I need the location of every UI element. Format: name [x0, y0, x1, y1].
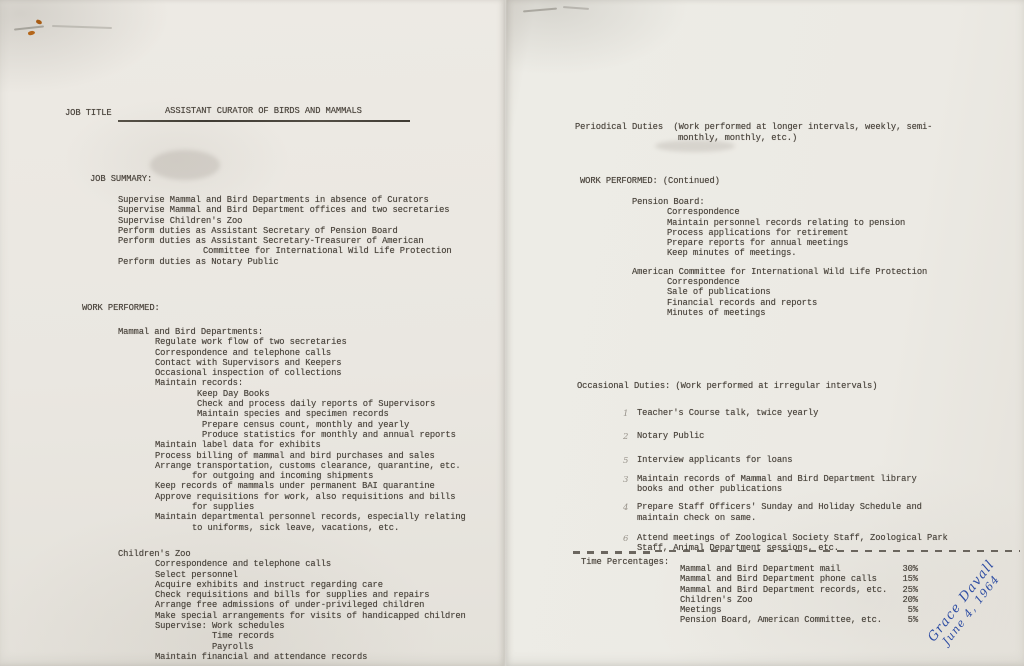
- line-text: Occasional inspection of collections: [155, 368, 341, 378]
- pencil-number: 4: [623, 503, 628, 513]
- job-summary-line: Perform duties as Notary Public: [118, 257, 452, 267]
- periodic-duty-line: Financial records and reports: [632, 298, 927, 308]
- duty-label: Mammal and Bird Department phone calls: [680, 574, 877, 584]
- line-text: Correspondence: [667, 277, 740, 287]
- occasional-duties-heading: Occasional Duties: (Work performed at ir…: [577, 381, 877, 391]
- occasional-duty-line: 6Attend meetings of Zoological Society S…: [637, 533, 948, 543]
- line-text: Supervise: Work schedules: [155, 621, 284, 631]
- occasional-duty-line: 3Maintain records of Mammal and Bird Dep…: [637, 474, 948, 484]
- pencil-number: 6: [623, 534, 628, 544]
- duty-percentage: 15%: [902, 574, 918, 584]
- paper-smudge: [150, 150, 220, 180]
- work-performed-line: Check and process daily reports of Super…: [118, 399, 466, 409]
- occasional-duties-list: 1Teacher's Course talk, twice yearly2Not…: [637, 408, 948, 554]
- line-text: Interview applicants for loans: [637, 455, 792, 465]
- work-performed-line: Time records: [118, 631, 466, 641]
- line-text: Notary Public: [637, 431, 704, 441]
- periodic-duty-line: American Committee for International Wil…: [632, 267, 927, 277]
- periodic-duty-line: Process applications for retirement: [632, 228, 927, 238]
- work-performed-line: Maintain records:: [118, 378, 466, 388]
- line-text: Prepare reports for annual meetings: [667, 238, 848, 248]
- work-performed-line: Children's Zoo: [118, 549, 466, 559]
- time-percentage-row: Mammal and Bird Department records, etc.…: [680, 585, 918, 595]
- work-performed-line: Regulate work flow of two secretaries: [118, 337, 466, 347]
- line-text: Supervise Mammal and Bird Department off…: [118, 205, 449, 215]
- page-left: JOB TITLE ASSISTANT CURATOR OF BIRDS AND…: [0, 0, 505, 666]
- periodic-duty-line: Keep minutes of meetings.: [632, 248, 927, 258]
- periodic-duties-list: Pension Board:CorrespondenceMaintain per…: [632, 197, 927, 318]
- page-seam: [503, 0, 507, 666]
- job-title-label: JOB TITLE: [65, 108, 112, 118]
- pencil-number: 5: [623, 456, 628, 466]
- job-summary-line: Committee for International Wild Life Pr…: [118, 246, 452, 256]
- job-summary-line: Perform duties as Assistant Secretary-Tr…: [118, 236, 452, 246]
- work-performed-line: Check requisitions and bills for supplie…: [118, 590, 466, 600]
- duty-percentage: 5%: [908, 605, 918, 615]
- duty-label: Pension Board, American Committee, etc.: [680, 615, 882, 625]
- periodical-duties-heading-line2: monthly, monthly, etc.): [678, 133, 797, 143]
- work-performed-line: Process billing of mammal and bird purch…: [118, 451, 466, 461]
- periodic-duty-line: Sale of publications: [632, 287, 927, 297]
- line-text: Maintain departmental personnel records,…: [155, 512, 466, 522]
- work-performed-line: Maintain departmental personnel records,…: [118, 512, 466, 522]
- occasional-duty-line: 5Interview applicants for loans: [637, 455, 948, 465]
- line-text: Correspondence and telephone calls: [155, 559, 331, 569]
- work-performed-line: Produce statistics for monthly and annua…: [118, 430, 466, 440]
- line-text: American Committee for International Wil…: [632, 267, 927, 277]
- periodic-duty-line: Pension Board:: [632, 197, 927, 207]
- staple-mark: [52, 25, 112, 29]
- line-text: Pension Board:: [632, 197, 705, 207]
- line-text: Supervise Mammal and Bird Departments in…: [118, 195, 429, 205]
- line-text: Arrange free admissions of under-privile…: [155, 600, 424, 610]
- rust-stain: [28, 30, 36, 36]
- work-performed-line: for outgoing and incoming shipments: [118, 471, 466, 481]
- line-text: Process billing of mammal and bird purch…: [155, 451, 435, 461]
- work-performed-line: Payrolls: [118, 642, 466, 652]
- work-performed-line: Arrange transportation, customs clearanc…: [118, 461, 466, 471]
- page-right: Periodical Duties (Work performed at lon…: [505, 0, 1024, 666]
- job-summary-line: Supervise Mammal and Bird Departments in…: [118, 195, 452, 205]
- work-performed-line: Select personnel: [118, 570, 466, 580]
- work-performed-heading: WORK PERFORMED:: [82, 303, 160, 313]
- duty-label: Mammal and Bird Department records, etc.: [680, 585, 887, 595]
- work-performed-line: for supplies: [118, 502, 466, 512]
- duty-percentage: 20%: [902, 595, 918, 605]
- time-percentages-table: Mammal and Bird Department mail30%Mammal…: [680, 564, 918, 626]
- scanned-document: JOB TITLE ASSISTANT CURATOR OF BIRDS AND…: [0, 0, 1024, 666]
- line-text: Children's Zoo: [118, 549, 191, 559]
- line-text: Minutes of meetings: [667, 308, 765, 318]
- line-text: Maintain records of Mammal and Bird Depa…: [637, 474, 917, 484]
- job-title-value: ASSISTANT CURATOR OF BIRDS AND MAMMALS: [165, 106, 362, 116]
- duty-label: Mammal and Bird Department mail: [680, 564, 841, 574]
- line-text: Supervise Children's Zoo: [118, 216, 242, 226]
- pencil-number: 3: [623, 475, 628, 485]
- line-text: Committee for International Wild Life Pr…: [203, 246, 452, 256]
- duty-percentage: 25%: [902, 585, 918, 595]
- line-text: Perform duties as Assistant Secretary of…: [118, 226, 398, 236]
- work-performed-line: Acquire exhibits and instruct regarding …: [118, 580, 466, 590]
- line-text: Check and process daily reports of Super…: [197, 399, 435, 409]
- line-text: Contact with Supervisors and Keepers: [155, 358, 341, 368]
- line-text: maintain check on same.: [637, 513, 756, 523]
- line-text: Keep Day Books: [197, 389, 270, 399]
- line-text: Approve requisitions for work, also requ…: [155, 492, 455, 502]
- line-text: Keep minutes of meetings.: [667, 248, 796, 258]
- line-text: for outgoing and incoming shipments: [192, 471, 373, 481]
- line-text: Process applications for retirement: [667, 228, 848, 238]
- work-performed-line: Maintain financial and attendance record…: [118, 652, 466, 662]
- line-text: Attend meetings of Zoological Society St…: [637, 533, 948, 543]
- work-performed-line: Keep Day Books: [118, 389, 466, 399]
- line-text: Prepare Staff Officers' Sunday and Holid…: [637, 502, 922, 512]
- line-text: Regulate work flow of two secretaries: [155, 337, 347, 347]
- occasional-duty-line: books and other publications: [637, 484, 948, 494]
- duty-percentage: 30%: [902, 564, 918, 574]
- line-text: Perform duties as Notary Public: [118, 257, 279, 267]
- periodic-duty-line: Prepare reports for annual meetings: [632, 238, 927, 248]
- line-text: Teacher's Course talk, twice yearly: [637, 408, 818, 418]
- line-text: Keep records of mammals under permanent …: [155, 481, 435, 491]
- periodic-duty-line: Correspondence: [632, 207, 927, 217]
- line-text: Check requisitions and bills for supplie…: [155, 590, 430, 600]
- line-text: Maintain species and specimen records: [197, 409, 389, 419]
- line-text: Maintain personnel records relating to p…: [667, 218, 905, 228]
- work-performed-line: Keep records of mammals under permanent …: [118, 481, 466, 491]
- work-performed-line: Correspondence and telephone calls: [118, 348, 466, 358]
- work-performed-line: to uniforms, sick leave, vacations, etc.: [118, 523, 466, 533]
- line-text: Perform duties as Assistant Secretary-Tr…: [118, 236, 424, 246]
- line-text: Sale of publications: [667, 287, 771, 297]
- time-percentage-row: Meetings5%: [680, 605, 918, 615]
- job-summary-line: Supervise Mammal and Bird Department off…: [118, 205, 452, 215]
- line-text: Produce statistics for monthly and annua…: [202, 430, 456, 440]
- pencil-number: 2: [623, 432, 628, 442]
- work-performed-line: Contact with Supervisors and Keepers: [118, 358, 466, 368]
- occasional-duty-line: Staff, Animal Department sessions, etc.: [637, 543, 948, 553]
- duty-percentage: 5%: [908, 615, 918, 625]
- job-summary-line: Perform duties as Assistant Secretary of…: [118, 226, 452, 236]
- rust-stain: [35, 19, 42, 25]
- line-text: to uniforms, sick leave, vacations, etc.: [192, 523, 399, 533]
- duty-label: Meetings: [680, 605, 721, 615]
- line-text: books and other publications: [637, 484, 782, 494]
- periodic-duty-line: Maintain personnel records relating to p…: [632, 218, 927, 228]
- line-text: Correspondence: [667, 207, 740, 217]
- line-text: Correspondence and telephone calls: [155, 348, 331, 358]
- job-summary-heading: JOB SUMMARY:: [90, 174, 152, 184]
- work-performed-line: Prepare census count, monthly and yearly: [118, 420, 466, 430]
- work-performed-line: Maintain species and specimen records: [118, 409, 466, 419]
- job-summary-list: Supervise Mammal and Bird Departments in…: [118, 195, 452, 267]
- time-percentage-row: Mammal and Bird Department mail30%: [680, 564, 918, 574]
- strike-dash-line: [655, 550, 1020, 552]
- duty-label: Children's Zoo: [680, 595, 753, 605]
- periodical-duties-heading: Periodical Duties (Work performed at lon…: [575, 122, 932, 132]
- occasional-duty-line: 1Teacher's Course talk, twice yearly: [637, 408, 948, 418]
- line-text: Maintain label data for exhibits: [155, 440, 321, 450]
- line-text: Make special arrangements for visits of …: [155, 611, 466, 621]
- line-text: Select personnel: [155, 570, 238, 580]
- work-performed-line: Arrange free admissions of under-privile…: [118, 600, 466, 610]
- occasional-duty-line: 4Prepare Staff Officers' Sunday and Holi…: [637, 502, 948, 512]
- line-text: for supplies: [192, 502, 254, 512]
- work-performed-line: Occasional inspection of collections: [118, 368, 466, 378]
- pencil-number: 1: [623, 409, 628, 419]
- line-text: Acquire exhibits and instruct regarding …: [155, 580, 383, 590]
- line-text: Financial records and reports: [667, 298, 817, 308]
- periodic-duty-line: Correspondence: [632, 277, 927, 287]
- time-percentages-heading: Time Percentages:: [581, 557, 669, 567]
- line-text: Maintain financial and attendance record…: [155, 652, 367, 662]
- time-percentage-row: Children's Zoo20%: [680, 595, 918, 605]
- work-performed-line: Maintain label data for exhibits: [118, 440, 466, 450]
- work-performed-line: Mammal and Bird Departments:: [118, 327, 466, 337]
- work-performed-line: Correspondence and telephone calls: [118, 559, 466, 569]
- occasional-duty-line: maintain check on same.: [637, 513, 948, 523]
- work-performed-line: Make special arrangements for visits of …: [118, 611, 466, 621]
- line-text: Maintain records:: [155, 378, 243, 388]
- job-summary-line: Supervise Children's Zoo: [118, 216, 452, 226]
- work-performed-continued-heading: WORK PERFORMED: (Continued): [580, 176, 720, 186]
- line-text: Payrolls: [212, 642, 253, 652]
- work-performed-line: Approve requisitions for work, also requ…: [118, 492, 466, 502]
- occasional-duty-line: 2Notary Public: [637, 431, 948, 441]
- line-text: Mammal and Bird Departments:: [118, 327, 263, 337]
- staple-mark: [563, 6, 589, 10]
- handwritten-signature: Grace Davall June 4, 1964: [926, 558, 1008, 652]
- line-text: Prepare census count, monthly and yearly: [202, 420, 409, 430]
- line-text: Time records: [212, 631, 274, 641]
- strike-dash-line: [573, 551, 653, 554]
- time-percentage-row: Pension Board, American Committee, etc.5…: [680, 615, 918, 625]
- job-title-underline: [118, 120, 410, 122]
- work-performed-line: Supervise: Work schedules: [118, 621, 466, 631]
- time-percentage-row: Mammal and Bird Department phone calls15…: [680, 574, 918, 584]
- staple-mark: [14, 25, 44, 30]
- work-performed-list: Mammal and Bird Departments:Regulate wor…: [118, 327, 466, 662]
- line-text: Arrange transportation, customs clearanc…: [155, 461, 461, 471]
- staple-mark: [523, 8, 557, 13]
- periodic-duty-line: Minutes of meetings: [632, 308, 927, 318]
